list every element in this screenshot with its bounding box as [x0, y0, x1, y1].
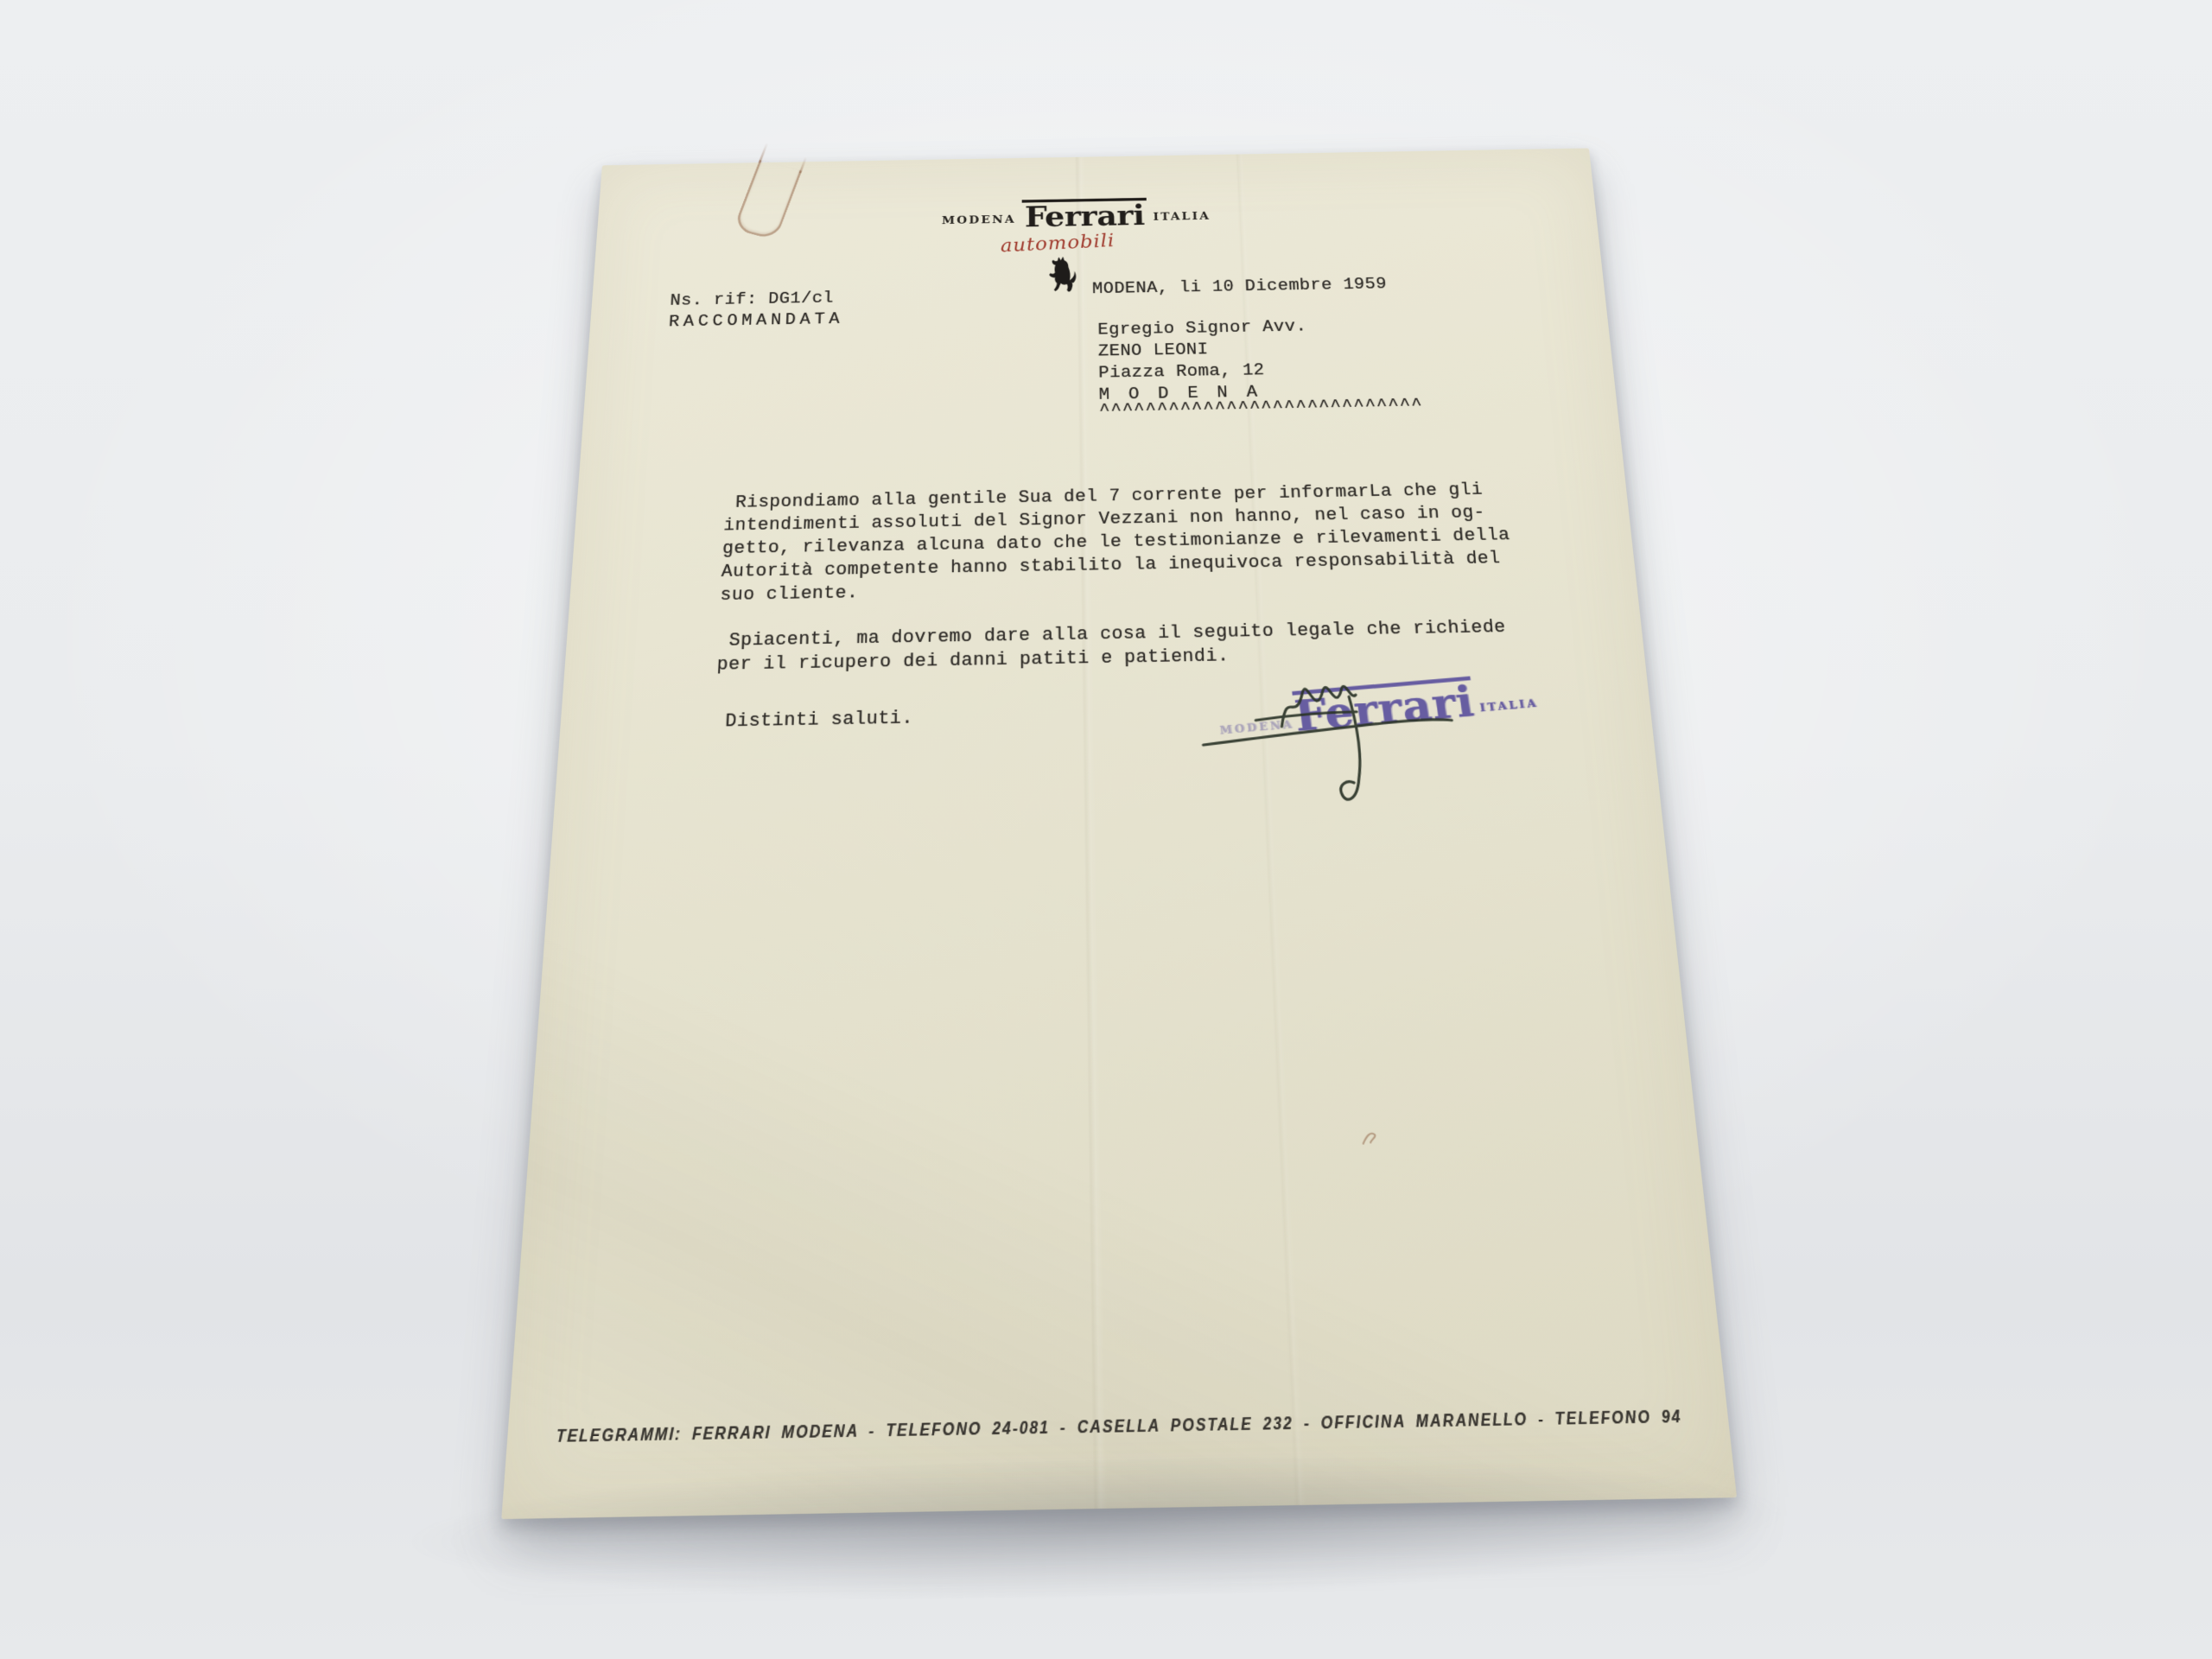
registered-mail-label: RACCOMANDATA	[668, 308, 843, 333]
signature-ink	[1152, 672, 1532, 837]
letterhead-city: MODENA	[942, 213, 1016, 226]
recipient-address: Egregio Signor Avv. ZENO LEONI Piazza Ro…	[1097, 314, 1423, 418]
reference-line: Ns. rif: DG1/cl	[670, 287, 845, 311]
paragraph: Spiacenti, ma dovremo dare alla cosa il …	[716, 614, 1559, 677]
paper-speck	[1360, 1127, 1380, 1154]
reference-block: Ns. rif: DG1/cl RACCOMANDATA	[668, 287, 844, 333]
dateline: MODENA, li 10 Dicembre 1959	[1092, 273, 1388, 299]
photo-backdrop: MODENAFerrariITALIA automobili Ns. rif: …	[0, 0, 2212, 1659]
letterhead-country: ITALIA	[1153, 209, 1211, 223]
paragraph: Rispondiamo alla gentile Sua del 7 corre…	[720, 477, 1553, 607]
letter-paper: MODENAFerrariITALIA automobili Ns. rif: …	[501, 148, 1737, 1519]
footer-contact-line: TELEGRAMMI: FERRARI MODENA - TELEFONO 24…	[556, 1407, 1681, 1447]
recipient-underline: ^^^^^^^^^^^^^^^^^^^^^^^^^^^^	[1099, 398, 1423, 417]
letterhead-brand: Ferrari	[1022, 198, 1147, 232]
